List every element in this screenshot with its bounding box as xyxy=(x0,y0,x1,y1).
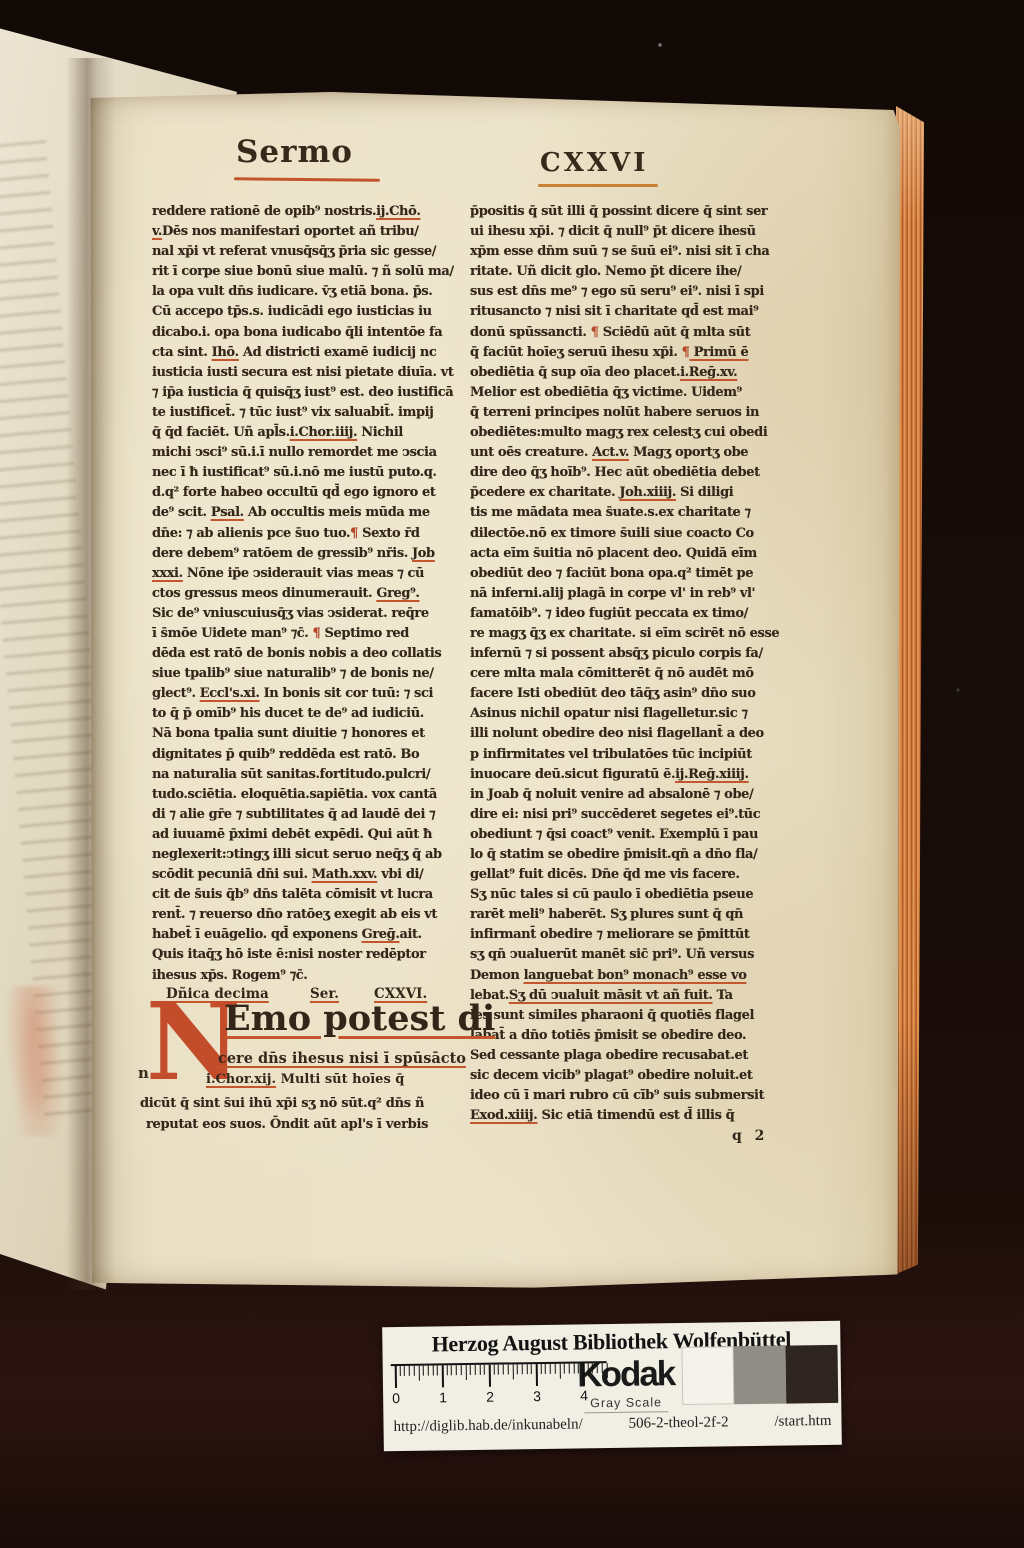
text-line: cta sint. Ihō. Ad districti examē iudici… xyxy=(152,343,468,363)
text-segment: ritusancto ⁊ nisi sit ī charitate qd̄ es… xyxy=(470,304,758,319)
text-line: la opa vult dn̄s iudicare. v̄ʒ etiā bona… xyxy=(152,282,468,302)
text-segment: ctos gressus meos dinumerauit. xyxy=(152,586,376,601)
text-line: nā inferni.alij plagā in corpe vl' in re… xyxy=(470,584,800,604)
incipit-second-line: cere dn̄s ihesus nisi ī spūsācto xyxy=(218,1050,466,1067)
text-segment: xxxi. xyxy=(152,566,183,581)
ruler-tick xyxy=(583,1363,585,1385)
running-head-folio-number: CXXVI xyxy=(540,148,648,178)
text-segment: d.q² forte habeo occultū qd̄ ego ignoro … xyxy=(152,485,435,500)
text-line: scōdit pecuniā dn̄i sui. Math.xxv. vbi d… xyxy=(152,865,468,885)
text-line: p̄cedere ex charitate. Joh.xiiij. Si dil… xyxy=(470,483,800,503)
text-segment: obediētia q̄ sup oīa deo placet. xyxy=(470,365,680,380)
text-segment: dignitates p̄ quib⁹ reddēda est ratō. Bo xyxy=(152,747,419,762)
text-line: unt oēs creature. Act.v. Magʒ oportʒ obe xyxy=(470,443,800,463)
text-line: tudo.sciētia. eloquētia.sapiētia. vox ca… xyxy=(152,785,468,805)
ruler-tick xyxy=(432,1365,433,1375)
text-segment: gellat⁹ fuit dicēs. Dn̄e q̄d me vis face… xyxy=(470,867,740,882)
text-line: q̄ terreni principes nolūt habere seruos… xyxy=(470,403,800,423)
text-segment: unt oēs creature. xyxy=(470,445,592,460)
incipit-third-line: i.Chor.xij. Multi sūt hoīes q̄ xyxy=(206,1072,404,1087)
text-line: Demon languebat bon⁹ monach⁹ esse vo xyxy=(470,966,800,986)
text-segment: ideo cū ī mari rubro cū cīb⁹ suis submer… xyxy=(470,1088,764,1103)
text-segment: scōdit pecuniā dn̄i sui. xyxy=(152,867,312,882)
text-line: ī s̄mōe Uidete man⁹ ⁊c̄. ¶ Septimo red xyxy=(152,624,468,644)
text-segment: Sic de⁹ vniuscuiusq̄ʒ vias ↄsiderat. req… xyxy=(152,606,429,621)
text-line: Cū accepo tp̄s.s. iudicādi ego iusticias… xyxy=(152,302,468,322)
text-line: v.Dēs nos manifestari oportet añ tribu/ xyxy=(152,222,468,242)
text-segment: i.Chor.iiij. xyxy=(290,425,357,440)
incipit-wide-line-2: reputat eos suos. Ōndit aūt apl's ī verb… xyxy=(146,1115,428,1135)
gray-scale-caption: Gray Scale xyxy=(584,1394,668,1413)
text-line: glect⁹. Eccl's.xi. In bonis sit cor tuū:… xyxy=(152,684,468,704)
digitization-url: http://diglib.hab.de/inkunabeln/ xyxy=(393,1416,582,1436)
text-line: ui ihesu xp̄i. ⁊ dicit q̄ null⁹ p̄t dice… xyxy=(470,222,800,242)
text-segment: habet̄ ī euāgelio. qd̄ exponens xyxy=(152,927,362,942)
text-segment: sus est dn̄s me⁹ ⁊ ego sū seru⁹ ei⁹. nis… xyxy=(470,284,764,299)
text-line: xxxi. Nōne ip̄e ↄsiderauit vias meas ⁊ c… xyxy=(152,564,468,584)
text-line: lo q̄ statim se obedire p̄misit.qn̄ a dn… xyxy=(470,845,800,865)
shelfmark: 506-2-theol-2f-2 xyxy=(628,1414,728,1432)
text-line: neglexerit:ↄtingʒ illi sicut seruo neq̄ʒ… xyxy=(152,845,468,865)
text-line: donū spūssancti. ¶ Sciēdū aūt q̄ mlta sū… xyxy=(470,323,800,343)
text-segment: Ta xyxy=(712,988,732,1003)
text-line: sic decem vicib⁹ plagat⁹ obedire noluit.… xyxy=(470,1066,800,1086)
ruler-tick xyxy=(395,1366,397,1388)
text-segment: Sciēdū aūt q̄ mlta sūt xyxy=(599,325,751,340)
text-line: di ⁊ alie gr̄e ⁊ subtilitates q̄ ad laud… xyxy=(152,805,468,825)
text-segment: dire deo q̄ʒ hoīb⁹. Hec aūt obediētia de… xyxy=(470,465,760,480)
text-line: dilectōe.nō ex timore s̄uili siue coacto… xyxy=(470,524,800,544)
text-line: Quis itaq̄ʒ hō iste ē:nisi noster redēpt… xyxy=(152,945,468,965)
text-segment: Quis itaq̄ʒ hō iste ē:nisi noster redēpt… xyxy=(152,947,426,962)
text-segment: les sunt similes pharaoni q̄ quotiēs fla… xyxy=(470,1008,754,1023)
ruler-tick xyxy=(456,1365,457,1375)
ruler-tick xyxy=(531,1364,532,1374)
ruler-tick xyxy=(460,1365,461,1375)
text-segment: siue tpalib⁹ siue naturalib⁹ ⁊ de bonis … xyxy=(152,666,434,681)
text-segment: obediunt ⁊ q̄si coact⁹ venit. Exemplū ī … xyxy=(470,827,758,842)
text-segment: infernū ⁊ si possent absq̄ʒ piculo corpi… xyxy=(470,646,763,661)
ruler-tick xyxy=(550,1364,551,1374)
text-segment: tis me mādata mea s̄uate.s.ex charitate … xyxy=(470,505,751,520)
ruler-tick xyxy=(587,1363,588,1373)
ruler-tick xyxy=(554,1364,555,1374)
text-segment: tudo.sciētia. eloquētia.sapiētia. vox ca… xyxy=(152,787,437,802)
ruler-tick xyxy=(399,1366,400,1376)
ruler-tick xyxy=(517,1364,518,1374)
ruler-tick xyxy=(503,1365,504,1375)
incipit-wide-line-1: dicūt q̄ sint s̄ui ihū xp̄i sʒ nō sūt.q²… xyxy=(140,1094,424,1114)
ruler-tick xyxy=(526,1364,527,1374)
text-line: p infirmitates vel tribulatōes tūc incip… xyxy=(470,745,800,765)
column-left: reddere rationē de opib⁹ nostris.ij.Chō.… xyxy=(152,202,468,986)
text-segment: dicabo.i. opa bona iudicabo q̄li intentō… xyxy=(152,325,442,340)
text-line: labat̄ a dn̄o totiēs p̄misit se obedire … xyxy=(470,1026,800,1046)
text-segment: di ⁊ alie gr̄e ⁊ subtilitates q̄ ad laud… xyxy=(152,807,435,822)
text-segment: donū spūssancti. xyxy=(470,325,591,340)
text-segment: ui ihesu xp̄i. ⁊ dicit q̄ null⁹ p̄t dice… xyxy=(470,224,756,239)
ruler-number: 0 xyxy=(392,1390,400,1406)
photo-backdrop: Sermo CXXVI reddere rationē de opib⁹ nos… xyxy=(0,0,1024,1548)
text-line: rit ī corpe siue bonū siue malū. ⁊ ñ sol… xyxy=(152,262,468,282)
text-segment: re magʒ q̄ʒ ex charitate. si eīm scirēt … xyxy=(470,626,779,641)
text-line: de⁹ scit. Psal. Ab occultis meis mūda me xyxy=(152,503,468,523)
ruler-tick xyxy=(564,1364,565,1374)
text-segment: cere mlta mala cōmitterēt q̄ nō audēt mō xyxy=(470,666,754,681)
text-segment: infirmant̄ obedire ⁊ meliorare se p̄mitt… xyxy=(470,927,749,942)
text-segment: na naturalia sūt sanitas.fortitudo.pulcr… xyxy=(152,767,430,782)
label-middle-row: 01234 Kodak Gray Scale xyxy=(383,1352,842,1416)
text-line: tis me mādata mea s̄uate.s.ex charitate … xyxy=(470,503,800,523)
text-line: dire deo q̄ʒ hoīb⁹. Hec aūt obediētia de… xyxy=(470,463,800,483)
facing-page-red-initial xyxy=(6,986,66,1136)
ruler-number: 3 xyxy=(533,1388,541,1404)
text-segment: ¶ xyxy=(591,325,599,340)
text-segment: ¶ xyxy=(350,526,358,541)
text-line: iusticia iusti secura est nisi pietate d… xyxy=(152,363,468,383)
text-segment: la opa vult dn̄s iudicare. v̄ʒ etiā bona… xyxy=(152,284,432,299)
text-line: obediētia q̄ sup oīa deo placet.i.Reḡ.xv… xyxy=(470,363,800,383)
text-segment: to q̄ p̄ omīb⁹ his ducet te de⁹ ad iudic… xyxy=(152,706,424,721)
ruler-tick xyxy=(413,1366,414,1376)
ruler-tick xyxy=(493,1365,494,1375)
text-segment: reddere rationē de opib⁹ nostris. xyxy=(152,204,376,219)
text-segment: nec ī ħ iustificat⁹ sū.i.nō me iustū put… xyxy=(152,465,437,480)
text-line: dicabo.i. opa bona iudicabo q̄li intentō… xyxy=(152,323,468,343)
ruler-tick xyxy=(578,1363,579,1373)
text-segment: Primū ē xyxy=(689,345,748,360)
text-segment: obediētes:multo magʒ rex celestʒ cui obe… xyxy=(470,425,767,440)
text-line: obediūt deo ⁊ faciūt bona opa.q² timēt p… xyxy=(470,564,800,584)
text-segment: Magʒ oportʒ obe xyxy=(629,445,748,460)
text-line: obediētes:multo magʒ rex celestʒ cui obe… xyxy=(470,423,800,443)
text-segment: Job xyxy=(412,546,435,561)
text-line: facere Isti obediūt deo tāq̄ʒ asin⁹ dn̄o… xyxy=(470,684,800,704)
text-segment: q̄ terreni principes nolūt habere seruos… xyxy=(470,405,759,420)
text-segment: vbi di/ xyxy=(377,867,423,882)
text-segment: q̄ faciūt hoīeʒ seruū ihesu xp̄i. xyxy=(470,345,682,360)
text-segment: Ad districti examē iudicij nc xyxy=(239,345,437,360)
ruler-tick xyxy=(592,1363,593,1373)
text-segment: cit de s̄uis q̄b⁹ dn̄s talēta cōmisit vt… xyxy=(152,887,433,902)
text-line: Asinus nichil opatur nisi flagelletur.si… xyxy=(470,704,800,724)
text-segment: obediūt deo ⁊ faciūt bona opa.q² timēt p… xyxy=(470,566,753,581)
text-line: p̄positis q̄ sūt illi q̄ possint dicere … xyxy=(470,202,800,222)
ruler-tick xyxy=(446,1365,447,1375)
text-segment: sʒ qn̄ ↄualuerūt manēt sic̄ pri⁹. Uñ ver… xyxy=(470,947,754,962)
text-line: ideo cū ī mari rubro cū cīb⁹ suis submer… xyxy=(470,1086,800,1106)
text-segment: Greg⁹. xyxy=(376,586,419,601)
text-line: michi ↄsci⁹ sū.i.ī nullo remordet me ↄsc… xyxy=(152,443,468,463)
ruler-tick xyxy=(475,1365,476,1375)
ruler-tick xyxy=(437,1365,438,1375)
text-line: obediunt ⁊ q̄si coact⁹ venit. Exemplū ī … xyxy=(470,825,800,845)
gray-patch-1 xyxy=(733,1346,786,1405)
incipit-large-line: Emo potest di xyxy=(224,998,495,1039)
ruler-tick xyxy=(470,1365,471,1375)
text-line: Exod.xiiij. Sic etiā timendū est d̄ illi… xyxy=(470,1106,800,1126)
text-line: Sed cessante plaga obedire recusabat.et xyxy=(470,1046,800,1066)
start-page-path: /start.htm xyxy=(774,1413,831,1431)
text-segment: de⁹ scit. xyxy=(152,505,211,520)
ruler-tick xyxy=(428,1366,429,1376)
text-segment: ritate. Uñ dicit glo. Nemo p̄t dicere ih… xyxy=(470,264,741,279)
ruler-tick xyxy=(512,1364,513,1379)
text-segment: glect⁹. xyxy=(152,686,200,701)
text-line: gellat⁹ fuit dicēs. Dn̄e q̄d me vis face… xyxy=(470,865,800,885)
text-line: q̄ q̄d faciēt. Uñ apl̄s.i.Chor.iiij. Nic… xyxy=(152,423,468,443)
quire-signature: q 2 xyxy=(732,1128,768,1144)
ruler-tick xyxy=(569,1364,570,1374)
text-segment: michi ↄsci⁹ sū.i.ī nullo remordet me ↄsc… xyxy=(152,445,437,460)
text-segment: dēda est ratō de bonis nobis a deo colla… xyxy=(152,646,441,661)
text-segment: Nā bona tpalia sunt diuitie ⁊ honores et xyxy=(152,726,425,741)
text-segment: Exod.xiiij. xyxy=(470,1108,537,1123)
text-line: ritusancto ⁊ nisi sit ī charitate qd̄ es… xyxy=(470,302,800,322)
ruler-tick xyxy=(465,1365,466,1380)
text-line: famatōib⁹. ⁊ ideo fugiūt peccata ex timo… xyxy=(470,604,800,624)
text-segment: Sʒ dū ↄualuit māsit vt añ fuit. xyxy=(509,988,713,1003)
text-segment: rent̄. ⁊ reuerso dn̄o ratōeʒ exegit ab e… xyxy=(152,907,437,922)
text-line: ad iuuamē p̄ximi debēt expēdi. Qui aūt ħ xyxy=(152,825,468,845)
text-segment: dn̄e: ⁊ ab alienis pce s̄uo tuo. xyxy=(152,526,350,541)
ruler-tick xyxy=(442,1365,444,1387)
text-segment: Joh.xiiij. xyxy=(619,485,676,500)
text-segment: i.Reḡ.xv. xyxy=(680,365,737,380)
text-line: Nā bona tpalia sunt diuitie ⁊ honores et xyxy=(152,724,468,744)
ruler-tick xyxy=(507,1364,508,1374)
ruler-tick xyxy=(606,1363,607,1378)
text-segment: Sic etiā timendū est d̄ illis q̄ xyxy=(537,1108,734,1123)
text-line: inuocare deū.sicut figuratū ē.ij.Reḡ.xii… xyxy=(470,765,800,785)
library-label: Herzog August Bibliothek Wolfenbüttel 01… xyxy=(382,1321,842,1451)
running-head-folio-rule xyxy=(538,184,658,187)
text-line: re magʒ q̄ʒ ex charitate. si eīm scirēt … xyxy=(470,624,800,644)
ruler-tick xyxy=(451,1365,452,1375)
text-segment: ij.Chō. xyxy=(376,204,420,219)
text-segment: Cū accepo tp̄s.s. iudicādi ego iusticias… xyxy=(152,304,432,319)
text-segment: nal xp̄i vt referat vnusq̄sq̄ʒ p̄ria sic… xyxy=(152,244,436,259)
text-segment: ij.Reḡ.xiiij. xyxy=(675,767,748,782)
text-segment: te iustificet̄. ⁊ tūc iust⁹ vix saluabit… xyxy=(152,405,433,420)
text-segment: acta eīm s̄uitia nō placent deo. Quidā e… xyxy=(470,546,757,561)
text-segment: nā inferni.alij plagā in corpe vl' in re… xyxy=(470,586,755,601)
gray-scale-patches xyxy=(681,1345,838,1405)
text-line: in Joab q̄ noluit venire ad absalonē ⁊ o… xyxy=(470,785,800,805)
ruler-tick xyxy=(479,1365,480,1375)
ruler-tick xyxy=(409,1366,410,1376)
text-segment: Septimo red xyxy=(320,626,409,641)
ruler-tick xyxy=(536,1364,538,1386)
text-segment: facere Isti obediūt deo tāq̄ʒ asin⁹ dn̄o… xyxy=(470,686,755,701)
incipit-third-rest: Multi sūt hoīes q̄ xyxy=(276,1072,404,1087)
text-segment: Si diligi xyxy=(676,485,733,500)
text-line: nal xp̄i vt referat vnusq̄sq̄ʒ p̄ria sic… xyxy=(152,242,468,262)
text-segment: ī s̄mōe Uidete man⁹ ⁊c̄. xyxy=(152,626,313,641)
text-line: xp̄m esse dn̄m suū ⁊ se s̄uū ei⁹. nisi s… xyxy=(470,242,800,262)
text-segment: Nōne ip̄e ↄsiderauit vias meas ⁊ cū xyxy=(183,566,424,581)
ruler-tick xyxy=(418,1366,419,1381)
gray-patch-2 xyxy=(785,1345,838,1404)
book-fore-edge xyxy=(896,106,924,1274)
text-segment: Act.v. xyxy=(592,445,629,460)
ruler-tick xyxy=(559,1364,560,1379)
text-segment: famatōib⁹. ⁊ ideo fugiūt peccata ex timo… xyxy=(470,606,748,621)
text-segment: Psal. xyxy=(211,505,244,520)
column-right: p̄positis q̄ sūt illi q̄ possint dicere … xyxy=(470,202,800,1126)
text-segment: languebat bon⁹ monach⁹ esse vo xyxy=(524,968,747,983)
text-segment: Dēs nos manifestari oportet añ tribu/ xyxy=(162,224,419,239)
text-line: sʒ qn̄ ↄualuerūt manēt sic̄ pri⁹. Uñ ver… xyxy=(470,945,800,965)
text-line: infirmant̄ obedire ⁊ meliorare se p̄mitt… xyxy=(470,925,800,945)
text-line: acta eīm s̄uitia nō placent deo. Quidā e… xyxy=(470,544,800,564)
text-segment: Greḡ. xyxy=(362,927,400,942)
text-segment: inuocare deū.sicut figuratū ē. xyxy=(470,767,675,782)
text-line: q̄ faciūt hoīeʒ seruū ihesu xp̄i. ¶ Prim… xyxy=(470,343,800,363)
text-segment: Sʒ nūc tales si cū paulo ī obediētia pse… xyxy=(470,887,753,902)
text-line: dēda est ratō de bonis nobis a deo colla… xyxy=(152,644,468,664)
text-segment: dilectōe.nō ex timore s̄uili siue coacto… xyxy=(470,526,754,541)
text-segment: Asinus nichil opatur nisi flagelletur.si… xyxy=(470,706,748,721)
text-line: Melior est obediētia q̄ʒ victime. Uidem⁹ xyxy=(470,383,800,403)
text-line: habet̄ ī euāgelio. qd̄ exponens Greḡ.ait… xyxy=(152,925,468,945)
text-segment: sic decem vicib⁹ plagat⁹ obedire noluit.… xyxy=(470,1068,753,1083)
text-segment: xp̄m esse dn̄m suū ⁊ se s̄uū ei⁹. nisi s… xyxy=(470,244,769,259)
text-line: ctos gressus meos dinumerauit. Greg⁹. xyxy=(152,584,468,604)
text-line: dignitates p̄ quib⁹ reddēda est ratō. Bo xyxy=(152,745,468,765)
text-segment: Ab occultis meis mūda me xyxy=(244,505,430,520)
text-segment: cta sint. xyxy=(152,345,212,360)
ruler-tick xyxy=(597,1363,598,1373)
running-head-sermo-rule xyxy=(234,177,380,181)
text-line: te iustificet̄. ⁊ tūc iust⁹ vix saluabit… xyxy=(152,403,468,423)
text-line: d.q² forte habeo occultū qd̄ ego ignoro … xyxy=(152,483,468,503)
text-segment: ⁊ ip̄a iusticia q̄ quisq̄ʒ iust⁹ est. de… xyxy=(152,385,453,400)
text-line: cere mlta mala cōmitterēt q̄ nō audēt mō xyxy=(470,664,800,684)
text-line: to q̄ p̄ omīb⁹ his ducet te de⁹ ad iudic… xyxy=(152,704,468,724)
ruler-tick xyxy=(601,1363,602,1373)
text-line: infernū ⁊ si possent absq̄ʒ piculo corpi… xyxy=(470,644,800,664)
text-line: lebat.Sʒ dū ↄualuit māsit vt añ fuit. Ta xyxy=(470,986,800,1006)
text-segment: Sed cessante plaga obedire recusabat.et xyxy=(470,1048,748,1063)
text-line: cit de s̄uis q̄b⁹ dn̄s talēta cōmisit vt… xyxy=(152,885,468,905)
text-segment: labat̄ a dn̄o totiēs p̄misit se obedire … xyxy=(470,1028,746,1043)
text-segment: ait. xyxy=(399,927,421,942)
gray-patch-0 xyxy=(681,1346,734,1405)
ruler: 01234 xyxy=(391,1362,570,1408)
text-line: ritate. Uñ dicit glo. Nemo p̄t dicere ih… xyxy=(470,262,800,282)
running-head-sermo: Sermo xyxy=(236,134,353,170)
ruler-tick xyxy=(545,1364,546,1374)
ruler-tick xyxy=(522,1364,523,1374)
text-segment: lo q̄ statim se obedire p̄misit.qn̄ a dn… xyxy=(470,847,757,862)
book-page: Sermo CXXVI reddere rationē de opib⁹ nos… xyxy=(88,92,900,1290)
text-segment: neglexerit:ↄtingʒ illi sicut seruo neq̄ʒ… xyxy=(152,847,442,862)
text-line: Sic de⁹ vniuscuiusq̄ʒ vias ↄsiderat. req… xyxy=(152,604,468,624)
text-segment: Sexto r̄d xyxy=(358,526,419,541)
text-line: reddere rationē de opib⁹ nostris.ij.Chō. xyxy=(152,202,468,222)
ruler-tick xyxy=(540,1364,541,1374)
text-line: dn̄e: ⁊ ab alienis pce s̄uo tuo.¶ Sexto … xyxy=(152,524,468,544)
text-segment: ad iuuamē p̄ximi debēt expēdi. Qui aūt ħ xyxy=(152,827,432,842)
text-line: dire ei: nisi pri⁹ succēderet segetes ei… xyxy=(470,805,800,825)
text-segment: Melior est obediētia q̄ʒ victime. Uidem⁹ xyxy=(470,385,742,400)
text-line: dere debem⁹ ratōem de gressib⁹ nr̄is. Jo… xyxy=(152,544,468,564)
text-segment: In bonis sit cor tuū: ⁊ sci xyxy=(259,686,433,701)
text-segment: v. xyxy=(152,224,162,239)
text-line: sus est dn̄s me⁹ ⁊ ego sū seru⁹ ei⁹. nis… xyxy=(470,282,800,302)
ruler-tick xyxy=(573,1364,574,1374)
text-line: ⁊ ip̄a iusticia q̄ quisq̄ʒ iust⁹ est. de… xyxy=(152,383,468,403)
ruler-tick xyxy=(404,1366,405,1376)
text-segment: p infirmitates vel tribulatōes tūc incip… xyxy=(470,747,752,762)
ruler-tick xyxy=(484,1365,485,1375)
text-line: illi nolunt obedire deo nisi flagellant̄… xyxy=(470,724,800,744)
text-segment: p̄positis q̄ sūt illi q̄ possint dicere … xyxy=(470,204,767,219)
incipit-reference: i.Chor.xij. xyxy=(206,1072,276,1087)
kodak-block: Kodak Gray Scale xyxy=(569,1356,682,1414)
text-segment: p̄cedere ex charitate. xyxy=(470,485,619,500)
text-line: siue tpalib⁹ siue naturalib⁹ ⁊ de bonis … xyxy=(152,664,468,684)
text-segment: Eccl's.xi. xyxy=(200,686,260,701)
ruler-number: 1 xyxy=(439,1389,447,1405)
text-segment: illi nolunt obedire deo nisi flagellant̄… xyxy=(470,726,764,741)
text-segment: Ihō. xyxy=(212,345,239,360)
text-segment: in Joab q̄ noluit venire ad absalonē ⁊ o… xyxy=(470,787,753,802)
ruler-tick xyxy=(498,1365,499,1375)
ruler-number: 4 xyxy=(580,1387,588,1403)
ruler-tick xyxy=(489,1365,491,1387)
text-segment: Demon xyxy=(470,968,524,983)
text-segment: rarēt meli⁹ haberēt. Sʒ plures sunt q̄ q… xyxy=(470,907,743,922)
text-line: rarēt meli⁹ haberēt. Sʒ plures sunt q̄ q… xyxy=(470,905,800,925)
text-segment: rit ī corpe siue bonū siue malū. ⁊ ñ sol… xyxy=(152,264,454,279)
text-segment: q̄ q̄d faciēt. Uñ apl̄s. xyxy=(152,425,290,440)
text-segment: Math.xxv. xyxy=(312,867,377,882)
text-line: na naturalia sūt sanitas.fortitudo.pulcr… xyxy=(152,765,468,785)
text-line: Sʒ nūc tales si cū paulo ī obediētia pse… xyxy=(470,885,800,905)
text-segment: dire ei: nisi pri⁹ succēderet segetes ei… xyxy=(470,807,760,822)
text-line: rent̄. ⁊ reuerso dn̄o ratōeʒ exegit ab e… xyxy=(152,905,468,925)
text-segment: iusticia iusti secura est nisi pietate d… xyxy=(152,365,453,380)
ruler-tick xyxy=(423,1366,424,1376)
text-segment: dere debem⁹ ratōem de gressib⁹ nr̄is. xyxy=(152,546,412,561)
text-segment: Nichil xyxy=(357,425,403,440)
ruler-number: 2 xyxy=(486,1389,494,1405)
text-line: les sunt similes pharaoni q̄ quotiēs fla… xyxy=(470,1006,800,1026)
text-line: nec ī ħ iustificat⁹ sū.i.nō me iustū put… xyxy=(152,463,468,483)
